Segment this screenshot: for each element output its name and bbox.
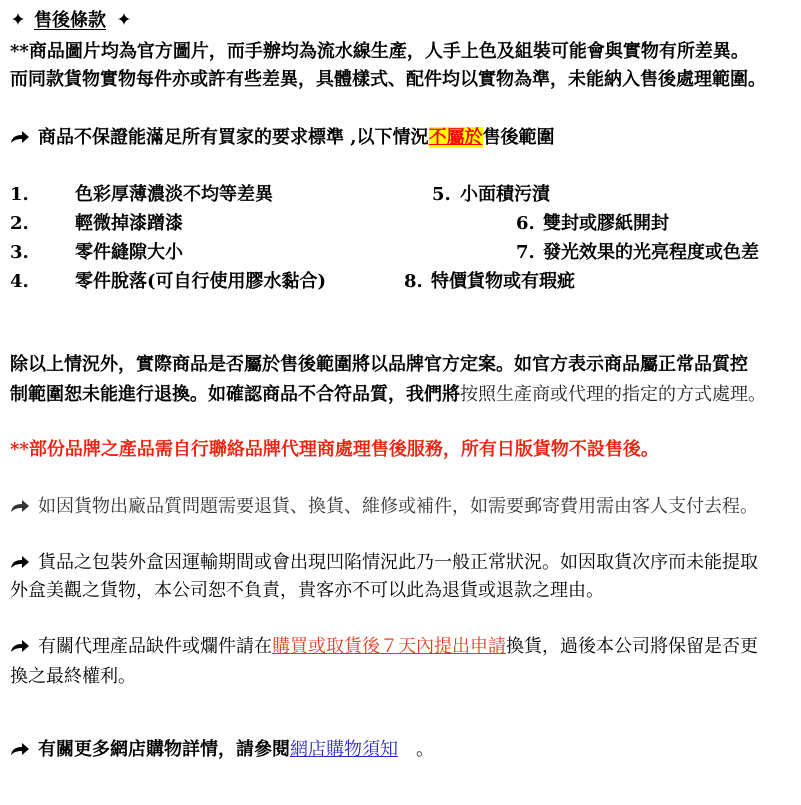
list-item: 雙封或膠紙開封 bbox=[543, 213, 669, 235]
list-item-number: 1. bbox=[10, 184, 29, 206]
brand-notice: **部份品牌之產品需自行聯絡品牌代理商處理售後服務，所有日版貨物不設售後。 bbox=[10, 439, 659, 461]
exclusion-prefix: 商品不保證能滿足所有買家的要求標準 ,以下情況 bbox=[38, 127, 429, 148]
defect-note-line-1: 有關代理產品缺件或爛件請在購買或取貨後７天內提出申請換貨，過後本公司將保留是否更 bbox=[10, 636, 758, 658]
title-text: 售後條款 bbox=[34, 10, 106, 31]
curved-arrow-icon bbox=[10, 742, 30, 756]
list-item-number: 4. bbox=[10, 271, 29, 293]
exclusion-suffix: 售後範圍 bbox=[483, 127, 555, 148]
packaging-text-1: 貨品之包裝外盒因運輸期間或會出現凹陷情況此乃一般正常狀況。如因取貨次序而未能提取 bbox=[38, 552, 758, 573]
list-item: 特價貨物或有瑕疵 bbox=[431, 271, 575, 293]
list-item-number: 8. bbox=[404, 271, 423, 293]
exclusion-heading: 商品不保證能滿足所有買家的要求標準 ,以下情況不屬於售後範圍 bbox=[10, 127, 555, 149]
return-shipping-text: 如因貨物出廠品質問題需要退貨、換貨、維修或補件，如需要郵寄費用需由客人支付去程。 bbox=[38, 496, 758, 517]
list-item-number: 5. bbox=[432, 184, 451, 206]
packaging-note-line-1: 貨品之包裝外盒因運輸期間或會出現凹陷情況此乃一般正常狀況。如因取貨次序而未能提取 bbox=[10, 552, 758, 574]
intro-line-2: 而同款貨物實物每件亦或許有些差異，具體樣式、配件均以實物為準，未能納入售後處理範… bbox=[10, 69, 766, 91]
policy-line-2-bold: 制範圍恕未能進行退換。如確認商品不合符品質，我們將 bbox=[10, 384, 460, 405]
curved-arrow-icon bbox=[10, 130, 30, 144]
list-item: 零件脫落(可自行使用膠水黏合) bbox=[75, 271, 326, 293]
curved-arrow-icon bbox=[10, 499, 30, 513]
four-point-star-icon bbox=[8, 13, 24, 25]
return-shipping-note: 如因貨物出廠品質問題需要退貨、換貨、維修或補件，如需要郵寄費用需由客人支付去程。 bbox=[10, 496, 758, 518]
defect-deadline-emphasis: 購買或取貨後７天內提出申請 bbox=[272, 636, 506, 657]
curved-arrow-icon bbox=[10, 639, 30, 653]
list-item-number: 6. bbox=[516, 213, 535, 235]
defect-note-line-2: 換之最終權利。 bbox=[10, 666, 136, 688]
curved-arrow-icon bbox=[10, 555, 30, 569]
list-item-number: 7. bbox=[516, 242, 535, 264]
list-item: 零件縫隙大小 bbox=[75, 242, 183, 264]
section-title: 售後條款 bbox=[8, 10, 134, 32]
list-item: 色彩厚薄濃淡不均等差異 bbox=[75, 184, 273, 206]
list-item-number: 3. bbox=[10, 242, 29, 264]
four-point-star-icon bbox=[118, 13, 134, 25]
list-item: 發光效果的光亮程度或色差 bbox=[543, 242, 759, 264]
list-item: 小面積污漬 bbox=[460, 184, 550, 206]
shopping-guide-link[interactable]: 網店購物須知 bbox=[290, 739, 398, 760]
more-info-trailing: 。 bbox=[398, 739, 434, 760]
policy-line-2-regular: 按照生產商或代理的指定的方式處理。 bbox=[460, 384, 766, 405]
policy-line-2: 制範圍恕未能進行退換。如確認商品不合符品質，我們將按照生產商或代理的指定的方式處… bbox=[10, 384, 766, 406]
intro-line-1: **商品圖片均為官方圖片，而手辦均為流水線生產，人手上色及組裝可能會與實物有所差… bbox=[10, 41, 749, 63]
defect-suffix: 換貨，過後本公司將保留是否更 bbox=[506, 636, 758, 657]
more-info-text: 有關更多網店購物詳情，請參閱 bbox=[38, 739, 290, 760]
more-info-line: 有關更多網店購物詳情，請參閱網店購物須知 。 bbox=[10, 739, 434, 761]
list-item-number: 2. bbox=[10, 213, 29, 235]
policy-line-1: 除以上情況外，實際商品是否屬於售後範圍將以品牌官方定案。如官方表示商品屬正常品質… bbox=[10, 354, 748, 376]
packaging-note-line-2: 外盒美觀之貨物，本公司恕不負責，貴客亦不可以此為退貨或退款之理由。 bbox=[10, 580, 604, 602]
exclusion-highlight: 不屬於 bbox=[429, 127, 483, 148]
list-item: 輕微掉漆蹭漆 bbox=[75, 213, 183, 235]
defect-prefix: 有關代理產品缺件或爛件請在 bbox=[38, 636, 272, 657]
